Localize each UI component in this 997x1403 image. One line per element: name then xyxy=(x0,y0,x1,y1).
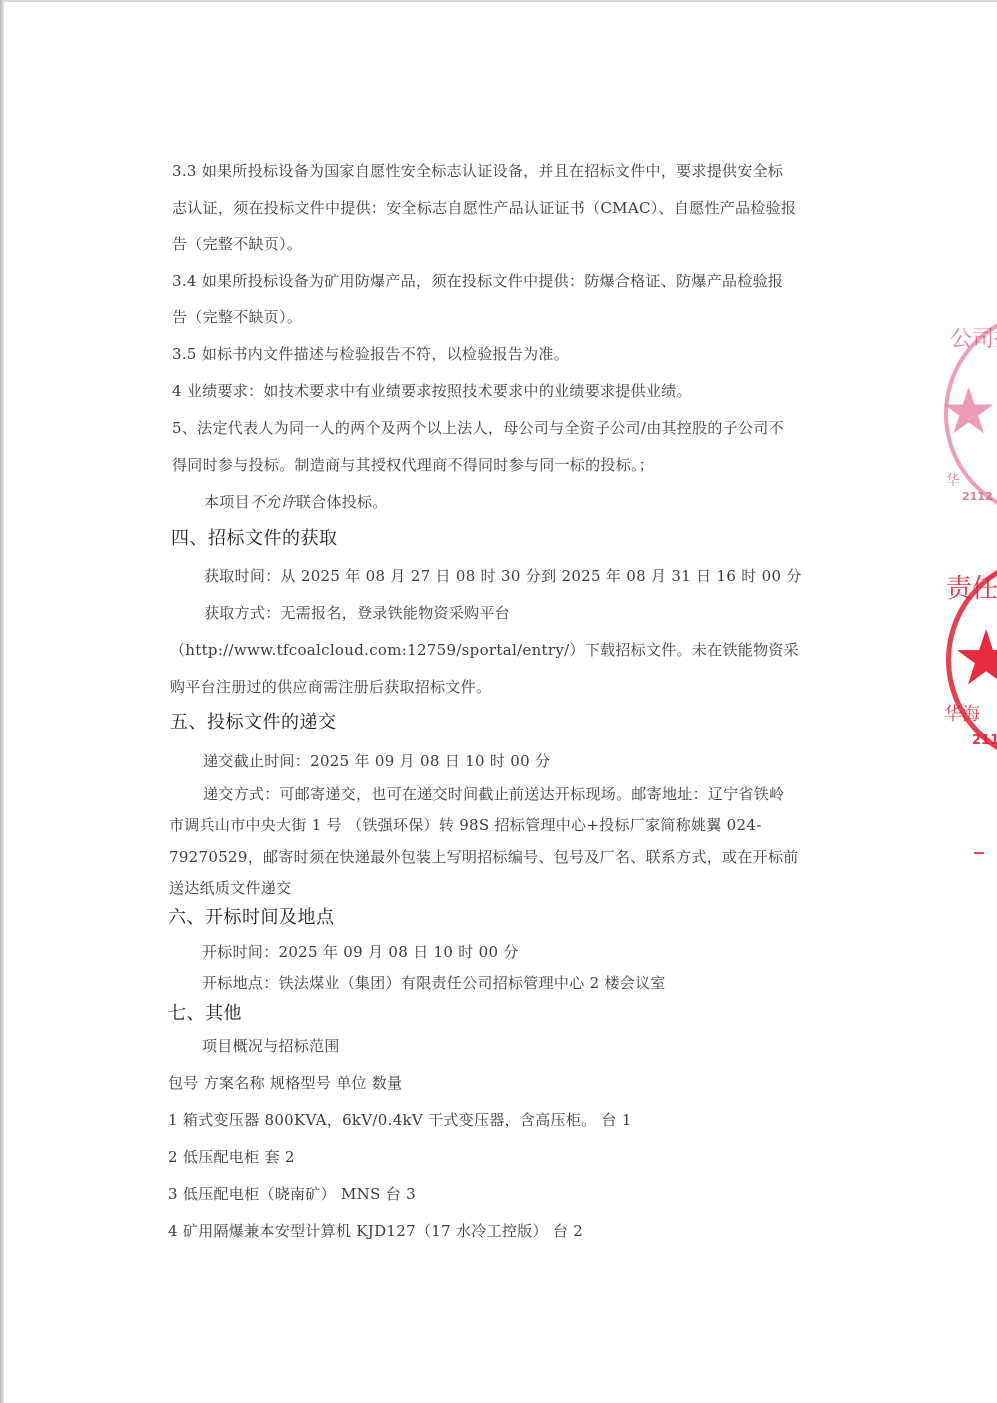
section-4-method-line-3: 购平台注册过的供应商需注册后获取招标文件。 xyxy=(170,677,491,697)
item-3-4-line-1: 3.4 如果所投标设备为矿用防爆产品，须在投标文件中提供：防爆合格证、防爆产品检… xyxy=(172,271,783,291)
stamp-2-side-text: 华海 xyxy=(944,700,980,726)
edge-mark xyxy=(974,852,984,854)
item-3-3-line-1: 3.3 如果所投标设备为国家自愿性安全标志认证设备，并且在招标文件中，要求提供安… xyxy=(172,161,783,181)
item-3-3-line-2: 志认证，须在投标文件中提供：安全标志自愿性产品认证证书（CMAC）、自愿性产品检… xyxy=(172,198,796,218)
item-4-performance: 4 业绩要求：如技术要求中有业绩要求按照技术要求中的业绩要求提供业绩。 xyxy=(172,381,692,401)
document-page: 3.3 如果所投标设备为国家自愿性安全标志认证设备，并且在招标文件中，要求提供安… xyxy=(0,0,997,1403)
scope-table-row-4: 4 矿用隔爆兼本安型计算机 KJD127（17 水冷工控版） 台 2 xyxy=(168,1221,583,1241)
section-7-heading: 七、其他 xyxy=(168,1003,242,1025)
section-5-heading: 五、投标文件的递交 xyxy=(170,712,337,734)
section-5-method-line-4: 送达纸质文件递交 xyxy=(169,878,291,898)
consortium-emphasis: 不允许 xyxy=(250,493,296,511)
section-4-time: 获取时间：从 2025 年 08 月 27 日 08 时 30 分到 2025 … xyxy=(204,566,802,586)
stamp-2-star-icon: ★ xyxy=(952,620,997,696)
item-3-4-line-2: 告（完整不缺页）。 xyxy=(172,307,302,327)
scope-table-row-3: 3 低压配电柜（晓南矿） MNS 台 3 xyxy=(168,1184,416,1204)
section-5-method-line-1: 递交方式：可邮寄递交，也可在递交时间截止前送达开标现场。邮寄地址：辽宁省铁岭 xyxy=(203,784,784,804)
section-6-time: 开标时间：2025 年 09 月 08 日 10 时 00 分 xyxy=(202,942,519,962)
section-4-heading: 四、招标文件的获取 xyxy=(171,528,338,550)
stamp-1-star-icon: ★ xyxy=(940,380,997,444)
section-5-method-line-2: 市调兵山市中央大街 1 号 （铁强环保）转 98S 招标管理中心+投标厂家简称姚… xyxy=(169,815,762,835)
scope-table-row-1: 1 箱式变压器 800KVA，6kV/0.4kV 干式变压器，含高压柜。 台 1 xyxy=(168,1110,632,1130)
section-6-place: 开标地点：铁法煤业（集团）有限责任公司招标管理中心 2 楼会议室 xyxy=(202,973,666,993)
stamp-2-number: 211 xyxy=(972,733,997,748)
scope-table-row-2: 2 低压配电柜 套 2 xyxy=(168,1147,295,1167)
consortium-suffix: 联合体投标。 xyxy=(296,493,388,511)
section-6-heading: 六、开标时间及地点 xyxy=(168,907,335,929)
section-4-method-line-2: （http://www.tfcoalcloud.com:12759/sporta… xyxy=(170,640,799,660)
item-3-3-line-3: 告（完整不缺页）。 xyxy=(172,234,302,254)
consortium-statement: 本项目不允许联合体投标。 xyxy=(204,492,388,512)
section-7-subtitle: 项目概况与招标范围 xyxy=(202,1036,340,1056)
section-4-method-line-1: 获取方式：无需报名，登录铁能物资采购平台 xyxy=(204,603,510,623)
scope-table-header: 包号 方案名称 规格型号 单位 数量 xyxy=(168,1073,402,1093)
item-3-5: 3.5 如标书内文件描述与检验报告不符，以检验报告为准。 xyxy=(172,344,569,364)
stamp-1-side-text: 华 xyxy=(946,470,960,490)
section-5-method-line-3: 79270529，邮寄时须在快递最外包装上写明招标编号、包号及厂名、联系方式，或… xyxy=(169,847,799,867)
stamp-1-number: 2112 xyxy=(962,490,993,503)
stamp-2-text: 责任公 xyxy=(946,568,997,605)
stamp-1-text: 公司招 xyxy=(950,322,997,353)
item-5-line-2: 得同时参与投标。制造商与其授权代理商不得同时参与同一标的投标。； xyxy=(172,455,654,475)
section-5-deadline: 递交截止时间：2025 年 09 月 08 日 10 时 00 分 xyxy=(203,751,550,771)
consortium-prefix: 本项目 xyxy=(204,493,250,511)
item-5-line-1: 5、法定代表人为同一人的两个及两个以上法人，母公司与全资子公司/由其控股的子公司… xyxy=(172,418,784,438)
